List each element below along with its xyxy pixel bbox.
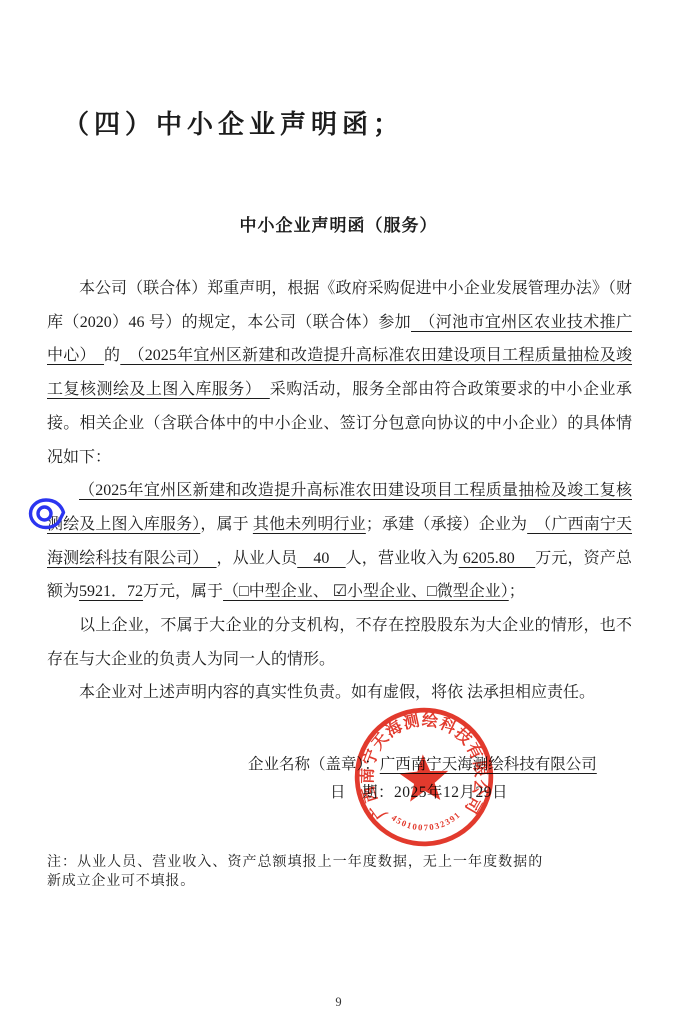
text-run: 本企业对上述声明内容的真实性负责。如有虚假，将依 法承担相应责任。 bbox=[79, 684, 595, 701]
text-run: 以上企业，不属于大企业的分支机构，不存在控股股东为大企业的情形，也不存在与大企业… bbox=[47, 617, 632, 668]
filled-blank: 5921．72 bbox=[79, 583, 143, 600]
paragraph-independence: 以上企业，不属于大企业的分支机构，不存在控股股东为大企业的情形，也不存在与大企业… bbox=[47, 609, 632, 676]
text-run: 万元，属于 bbox=[143, 583, 223, 600]
filled-blank: 40 bbox=[297, 550, 345, 567]
text-run: 的 bbox=[104, 347, 120, 364]
text-run: ； bbox=[509, 583, 525, 600]
page-number: 9 bbox=[0, 995, 677, 1010]
date-line: 日 期：2025年12月29日 bbox=[330, 780, 597, 806]
document-title: 中小企业声明函（服务） bbox=[0, 211, 677, 236]
filled-blank: 6205.80 bbox=[459, 550, 536, 567]
paragraph-enterprise-details: （2025年宜州区新建和改造提升高标准农田建设项目工程质量抽检及竣工复核测绘及上… bbox=[47, 474, 632, 609]
stamp-number-text: 4501007032391 bbox=[389, 809, 463, 834]
footnote: 注：从业人员、营业收入、资产总额填报上一年度数据，无上一年度数据的新成立企业可不… bbox=[47, 854, 543, 891]
date-label: 日 期： bbox=[330, 784, 394, 801]
company-name-line: 企业名称（盖章）：广西南宁天海测绘科技有限公司 bbox=[248, 752, 597, 778]
company-name-value: 广西南宁天海测绘科技有限公司 bbox=[380, 756, 597, 773]
document-page: （四）中小企业声明函； 中小企业声明函（服务） 本公司（联合体）郑重声明，根据《… bbox=[0, 0, 677, 1016]
paragraph-declaration: 本公司（联合体）郑重声明，根据《政府采购促进中小企业发展管理办法》（财库（202… bbox=[47, 272, 632, 474]
signature-block: 企业名称（盖章）：广西南宁天海测绘科技有限公司 日 期：2025年12月29日 bbox=[248, 752, 597, 806]
filled-blank: （□中型企业、 ☑小型企业、□微型企业） bbox=[223, 583, 509, 600]
text-run: ；承建（承接）企业为 bbox=[366, 516, 527, 533]
company-name-label: 企业名称（盖章）： bbox=[248, 756, 380, 773]
text-run: 人，营业收入为 bbox=[346, 550, 459, 567]
text-run: ，属于 bbox=[200, 516, 253, 533]
text-run: ，从业人员 bbox=[217, 550, 298, 567]
eye-marker-icon[interactable] bbox=[27, 496, 66, 532]
section-heading: （四）中小企业声明函； bbox=[63, 104, 404, 141]
date-value: 2025年12月29日 bbox=[394, 784, 508, 801]
document-body: 本公司（联合体）郑重声明，根据《政府采购促进中小企业发展管理办法》（财库（202… bbox=[47, 272, 632, 710]
filled-blank: 其他未列明行业 bbox=[253, 516, 366, 533]
paragraph-responsibility: 本企业对上述声明内容的真实性负责。如有虚假，将依 法承担相应责任。 bbox=[47, 676, 632, 710]
